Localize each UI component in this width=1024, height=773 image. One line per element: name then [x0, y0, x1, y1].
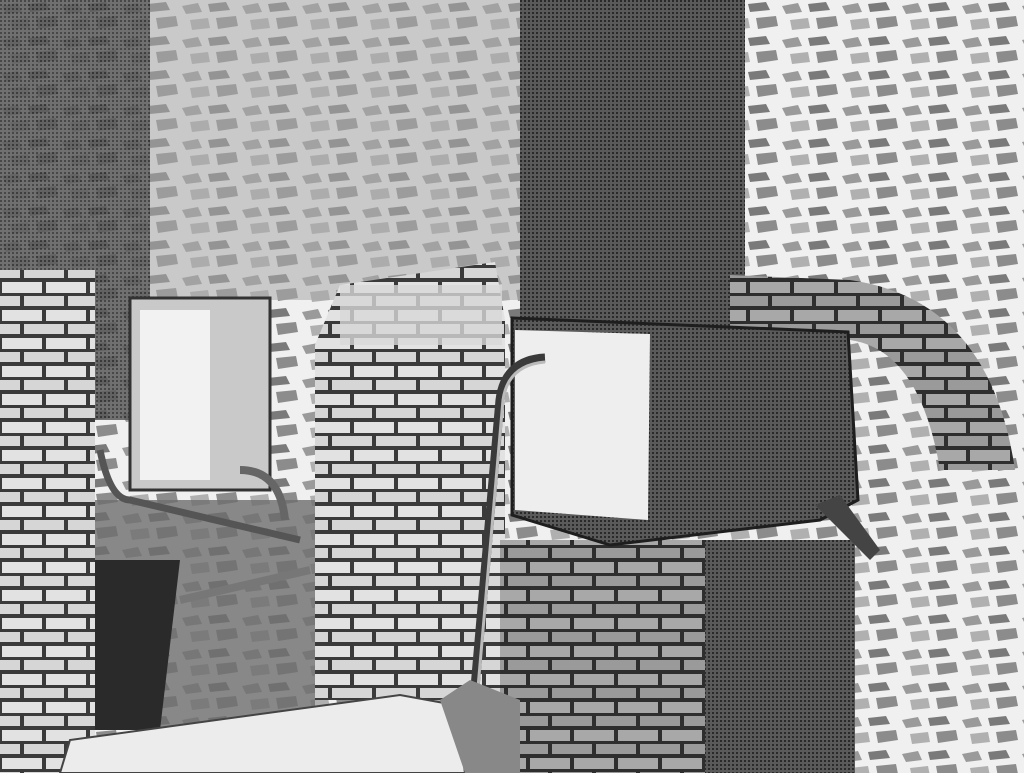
lower-brick-pillar	[500, 540, 710, 773]
ruins-photo	[0, 0, 1024, 773]
dark-stone-column-center	[520, 0, 745, 330]
photograph	[0, 0, 1024, 773]
left-brick-pillar	[0, 270, 95, 773]
